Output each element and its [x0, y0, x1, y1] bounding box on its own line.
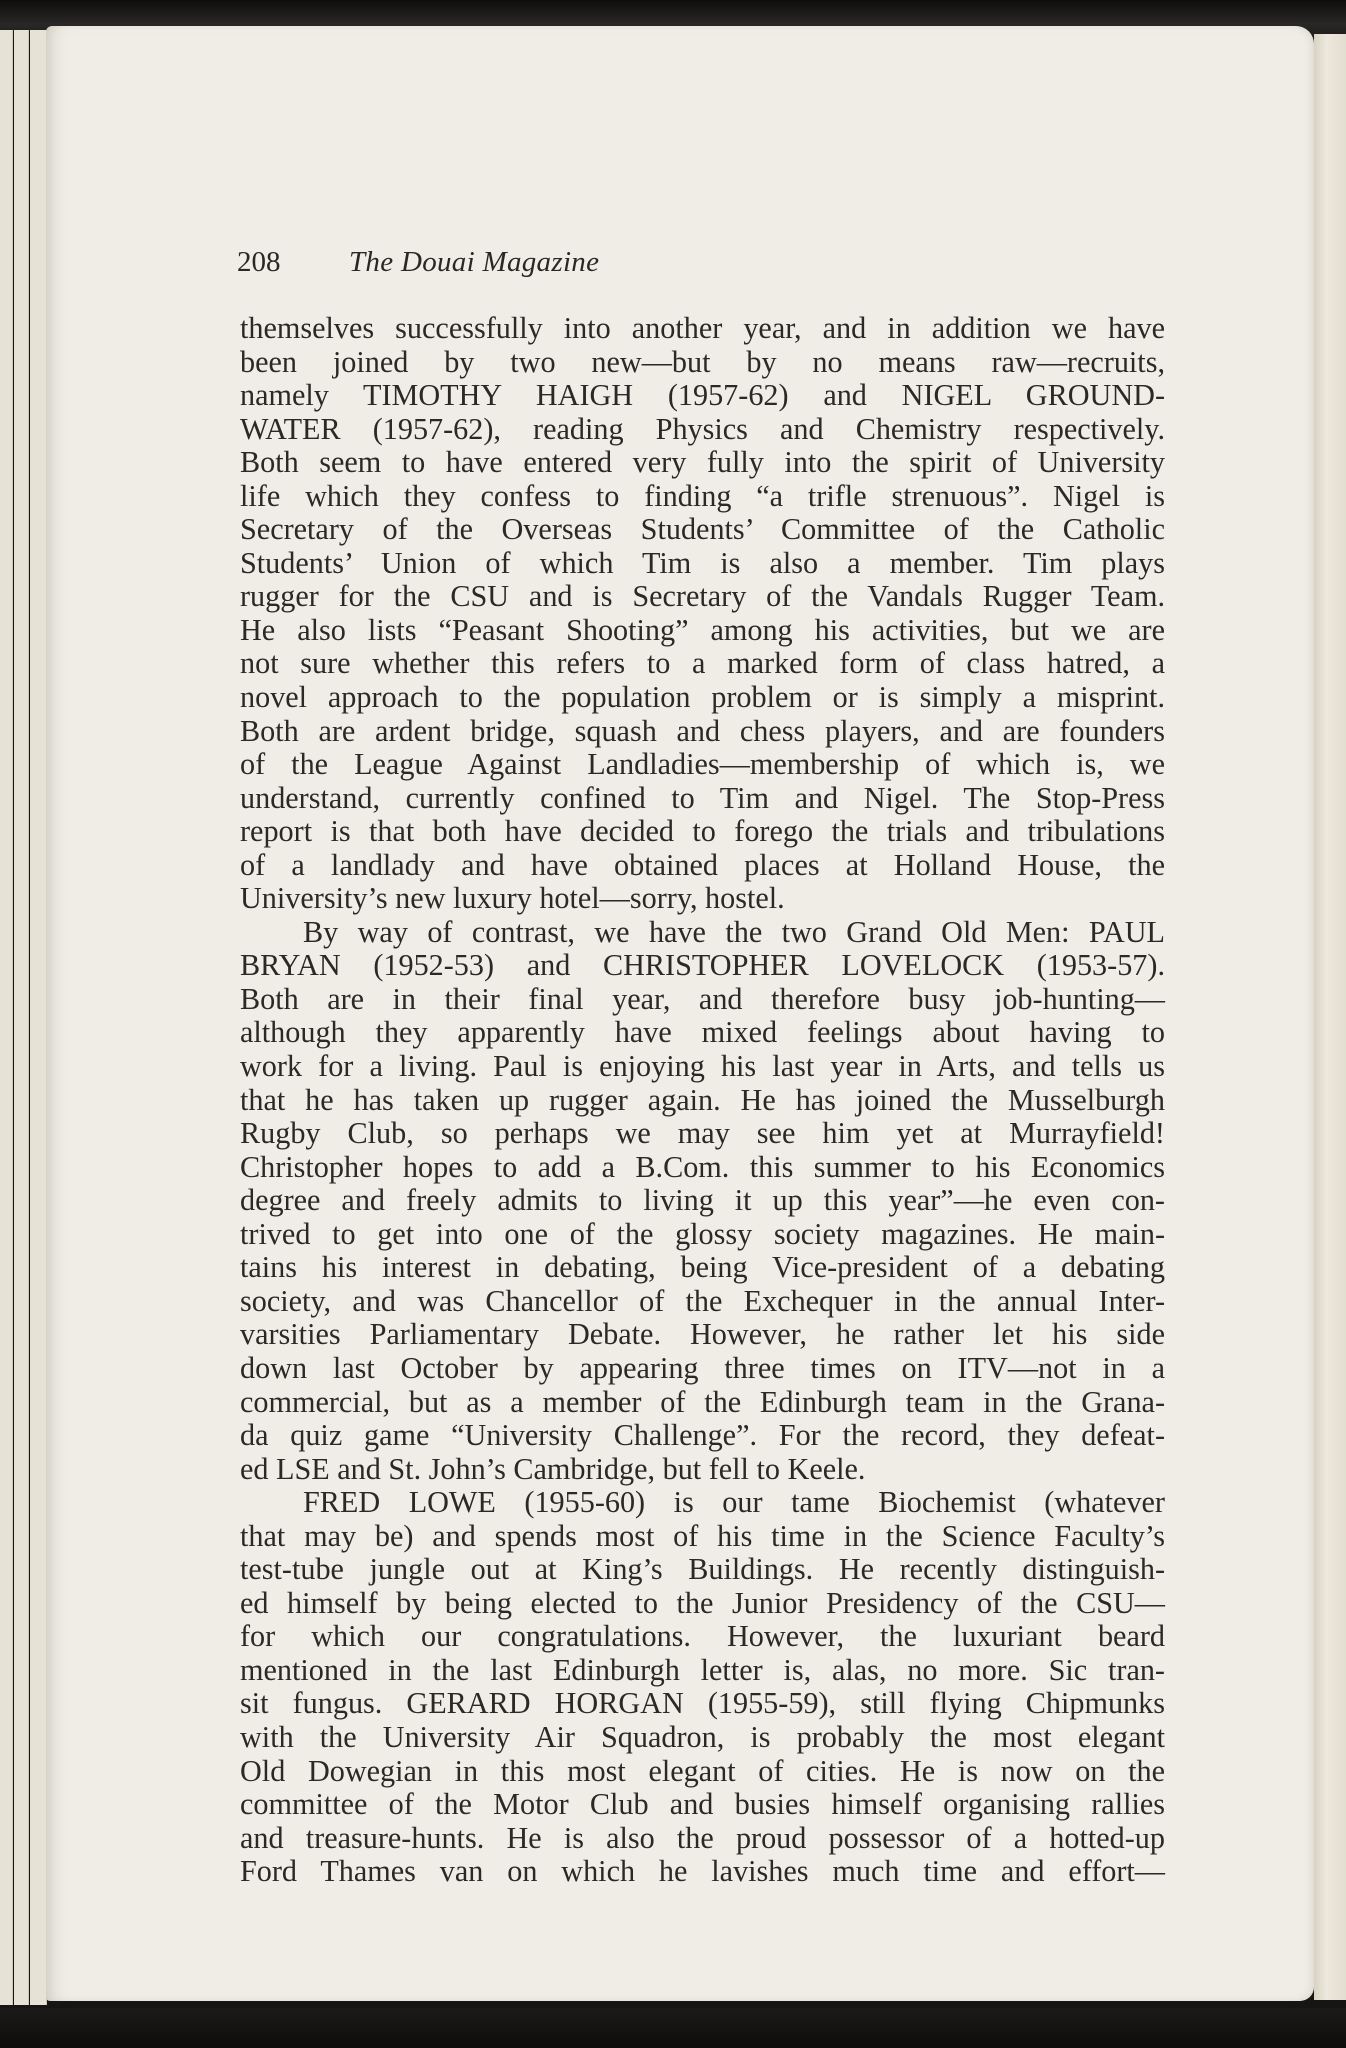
text-line: of the League Against Landladies—members… — [240, 748, 1165, 782]
text-line: He also lists “Peasant Shooting” among h… — [240, 614, 1165, 648]
text-line: Both are ardent bridge, squash and chess… — [240, 715, 1165, 749]
text-line: namely TIMOTHY HAIGH (1957-62) and NIGEL… — [240, 379, 1165, 413]
text-line: mentioned in the last Edinburgh letter i… — [240, 1654, 1165, 1688]
text-line: degree and freely admits to living it up… — [240, 1184, 1165, 1218]
text-line: sit fungus. GERARD HORGAN (1955-59), sti… — [240, 1687, 1165, 1721]
page-number: 208 — [237, 246, 281, 279]
running-title: The Douai Magazine — [349, 246, 599, 279]
text-line: Both are in their final year, and theref… — [240, 983, 1165, 1017]
page-stack-edge — [14, 30, 29, 2005]
text-line: Students’ Union of which Tim is also a m… — [240, 547, 1165, 581]
text-line: trived to get into one of the glossy soc… — [240, 1218, 1165, 1252]
text-line: tains his interest in debating, being Vi… — [240, 1251, 1165, 1285]
text-line: BRYAN (1952-53) and CHRISTOPHER LOVELOCK… — [240, 949, 1165, 983]
paragraph-start-line: By way of contrast, we have the two Gran… — [240, 916, 1165, 950]
text-line: WATER (1957-62), reading Physics and Che… — [240, 413, 1165, 447]
text-line: report is that both have decided to fore… — [240, 815, 1165, 849]
text-line: themselves successfully into another yea… — [240, 312, 1165, 346]
text-line: ed LSE and St. John’s Cambridge, but fel… — [240, 1453, 1165, 1487]
text-line: life which they confess to finding “a tr… — [240, 480, 1165, 514]
text-line: understand, currently confined to Tim an… — [240, 782, 1165, 816]
text-line: test-tube jungle out at King’s Buildings… — [240, 1553, 1165, 1587]
text-line: down last October by appearing three tim… — [240, 1352, 1165, 1386]
text-line: Secretary of the Overseas Students’ Comm… — [240, 513, 1165, 547]
text-line: varsities Parliamentary Debate. However,… — [240, 1318, 1165, 1352]
text-line: and treasure-hunts. He is also the proud… — [240, 1822, 1165, 1856]
text-line: that may be) and spends most of his time… — [240, 1520, 1165, 1554]
text-line: not sure whether this refers to a marked… — [240, 647, 1165, 681]
text-line: been joined by two new—but by no means r… — [240, 346, 1165, 380]
text-line: work for a living. Paul is enjoying his … — [240, 1050, 1165, 1084]
text-line: with the University Air Squadron, is pro… — [240, 1721, 1165, 1755]
text-line: da quiz game “University Challenge”. For… — [240, 1419, 1165, 1453]
page-stack-edge — [0, 30, 13, 2005]
text-line: of a landlady and have obtained places a… — [240, 849, 1165, 883]
text-line: although they apparently have mixed feel… — [240, 1016, 1165, 1050]
text-line: Rugby Club, so perhaps we may see him ye… — [240, 1117, 1165, 1151]
text-line: University’s new luxury hotel—sorry, hos… — [240, 882, 1165, 916]
text-line: Both seem to have entered very fully int… — [240, 446, 1165, 480]
text-line: committee of the Motor Club and busies h… — [240, 1788, 1165, 1822]
page-stack-edge — [30, 30, 47, 2005]
text-line: society, and was Chancellor of the Exche… — [240, 1285, 1165, 1319]
text-line: Christopher hopes to add a B.Com. this s… — [240, 1151, 1165, 1185]
book-cover-bottom — [0, 2008, 1346, 2048]
book-gutter — [1314, 34, 1346, 2000]
body-text: themselves successfully into another yea… — [240, 312, 1165, 1889]
text-line: rugger for the CSU and is Secretary of t… — [240, 580, 1165, 614]
text-line: ed himself by being elected to the Junio… — [240, 1587, 1165, 1621]
text-line: Ford Thames van on which he lavishes muc… — [240, 1855, 1165, 1889]
text-line: for which our congratulations. However, … — [240, 1620, 1165, 1654]
text-line: that he has taken up rugger again. He ha… — [240, 1084, 1165, 1118]
text-line: Old Dowegian in this most elegant of cit… — [240, 1755, 1165, 1789]
text-line: novel approach to the population problem… — [240, 681, 1165, 715]
text-line: commercial, but as a member of the Edinb… — [240, 1386, 1165, 1420]
paragraph-start-line: FRED LOWE (1955-60) is our tame Biochemi… — [240, 1486, 1165, 1520]
